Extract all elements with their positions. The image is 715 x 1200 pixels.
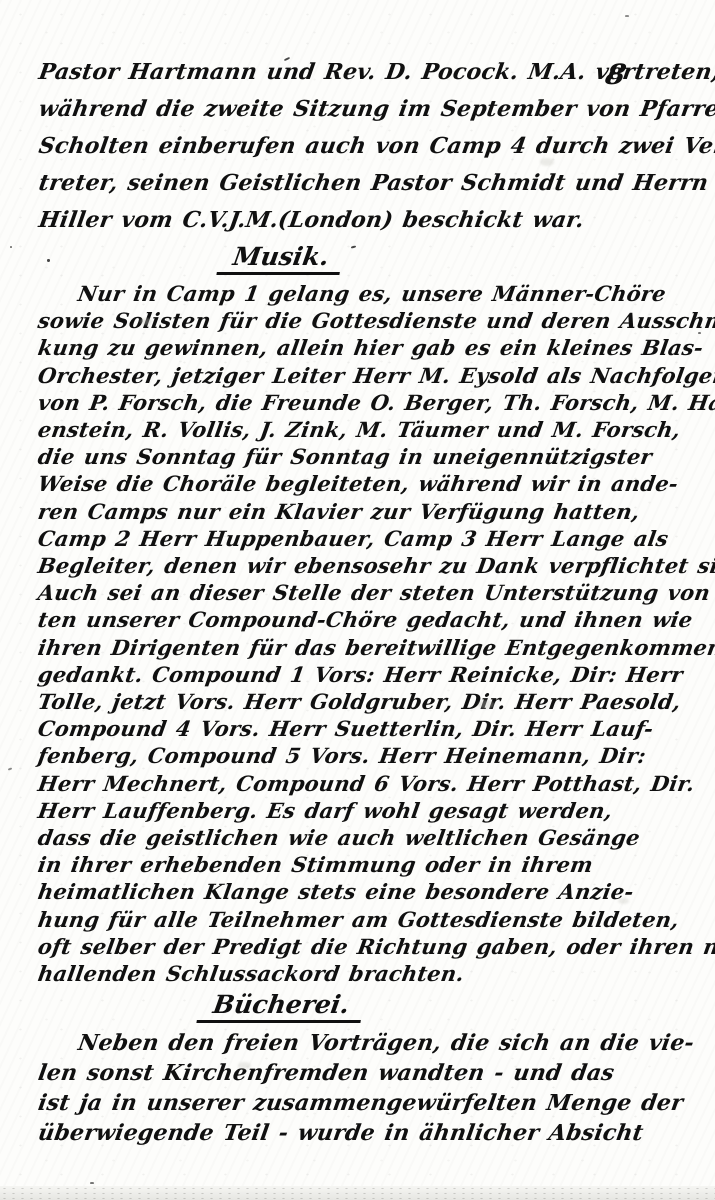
handwritten-line: dass die geistlichen wie auch weltlichen… [36,824,670,851]
handwritten-line: Weise die Choräle begleiteten, während w… [36,470,670,497]
ink-speck [8,767,12,770]
paper-stain [238,1062,251,1069]
handwritten-line: heimatlichen Klange stets eine besondere… [36,878,670,905]
page-content: Pastor Hartmann und Rev. D. Pocock. M.A.… [36,54,666,1148]
handwritten-line: überwiegende Teil - wurde in ähnlicher A… [36,1118,671,1148]
handwritten-line: ren Camps nur ein Klavier zur Verfügung … [36,498,670,525]
scan-edge-shadow [0,1186,715,1200]
handwritten-line: sowie Solisten für die Gottesdienste und… [36,307,670,334]
handwritten-line: kung zu gewinnen, allein hier gab es ein… [36,334,670,361]
handwritten-line: ist ja in unserer zusammengewürfelten Me… [36,1088,671,1118]
handwritten-line: gedankt. Compound 1 Vors: Herr Reinicke,… [36,661,670,688]
handwritten-line: die uns Sonntag für Sonntag in uneigennü… [36,443,670,470]
music-paragraph: Nur in Camp 1 gelang es, unsere Männer-C… [36,280,666,987]
paper-stain [618,898,629,904]
ink-speck [47,259,50,262]
handwritten-line: len sonst Kirchenfremden wandten - und d… [36,1058,671,1088]
paper-stain [540,158,554,166]
paper-stain [478,700,494,709]
handwritten-line: ten unserer Compound-Chöre gedacht, und … [36,606,670,633]
handwritten-line: enstein, R. Vollis, J. Zink, M. Täumer u… [36,416,670,443]
paper-stain [140,318,152,325]
handwritten-line: Compound 4 Vors. Herr Suetterlin, Dir. H… [36,715,670,742]
handwritten-line: Auch sei an dieser Stelle der steten Unt… [36,579,670,606]
ink-speck [10,246,12,248]
handwritten-line: Herr Mechnert, Compound 6 Vors. Herr Pot… [36,770,670,797]
ink-speck [625,15,629,17]
handwritten-line: von P. Forsch, die Freunde O. Berger, Th… [36,389,670,416]
handwritten-line: in ihrer erhebenden Stimmung oder in ihr… [36,851,670,878]
handwritten-line: Neben den freien Vorträgen, die sich an … [36,1028,671,1058]
section-heading-musik: Musik. [217,242,346,275]
handwritten-line: Herr Lauffenberg. Es darf wohl gesagt we… [36,797,670,824]
handwritten-line: hung für alle Teilnehmer am Gottesdienst… [36,906,670,933]
handwritten-line: Begleiter, denen wir ebensosehr zu Dank … [36,552,670,579]
handwritten-line: oft selber der Predigt die Richtung gabe… [36,933,670,960]
ink-speck [90,1182,94,1184]
library-paragraph: Neben den freien Vorträgen, die sich an … [36,1028,666,1148]
handwritten-line: Hiller vom C.V.J.M.(London) beschickt wa… [36,202,672,239]
handwritten-line: ihren Dirigenten für das bereitwillige E… [36,634,670,661]
handwritten-line: während die zweite Sitzung im September … [36,91,672,128]
handwritten-line: Tolle, jetzt Vors. Herr Goldgruber, Dir.… [36,688,670,715]
handwritten-line: Nur in Camp 1 gelang es, unsere Männer-C… [36,280,670,307]
section-heading-buecherei: Bücherei. [196,990,365,1023]
handwritten-line: hallenden Schlussackord brachten. [36,960,670,987]
handwritten-line: Orchester, jetziger Leiter Herr M. Eysol… [36,362,670,389]
handwritten-line: Scholten einberufen auch von Camp 4 durc… [36,128,672,165]
document-page: 8 Pastor Hartmann und Rev. D. Pocock. M.… [0,0,715,1200]
handwritten-line: fenberg, Compound 5 Vors. Herr Heinemann… [36,742,670,769]
handwritten-line: treter, seinen Geistlichen Pastor Schmid… [36,165,672,202]
handwritten-line: Pastor Hartmann und Rev. D. Pocock. M.A.… [36,54,672,91]
intro-paragraph: Pastor Hartmann und Rev. D. Pocock. M.A.… [36,54,666,239]
ink-speck [698,332,701,334]
handwritten-line: Camp 2 Herr Huppenbauer, Camp 3 Herr Lan… [36,525,670,552]
